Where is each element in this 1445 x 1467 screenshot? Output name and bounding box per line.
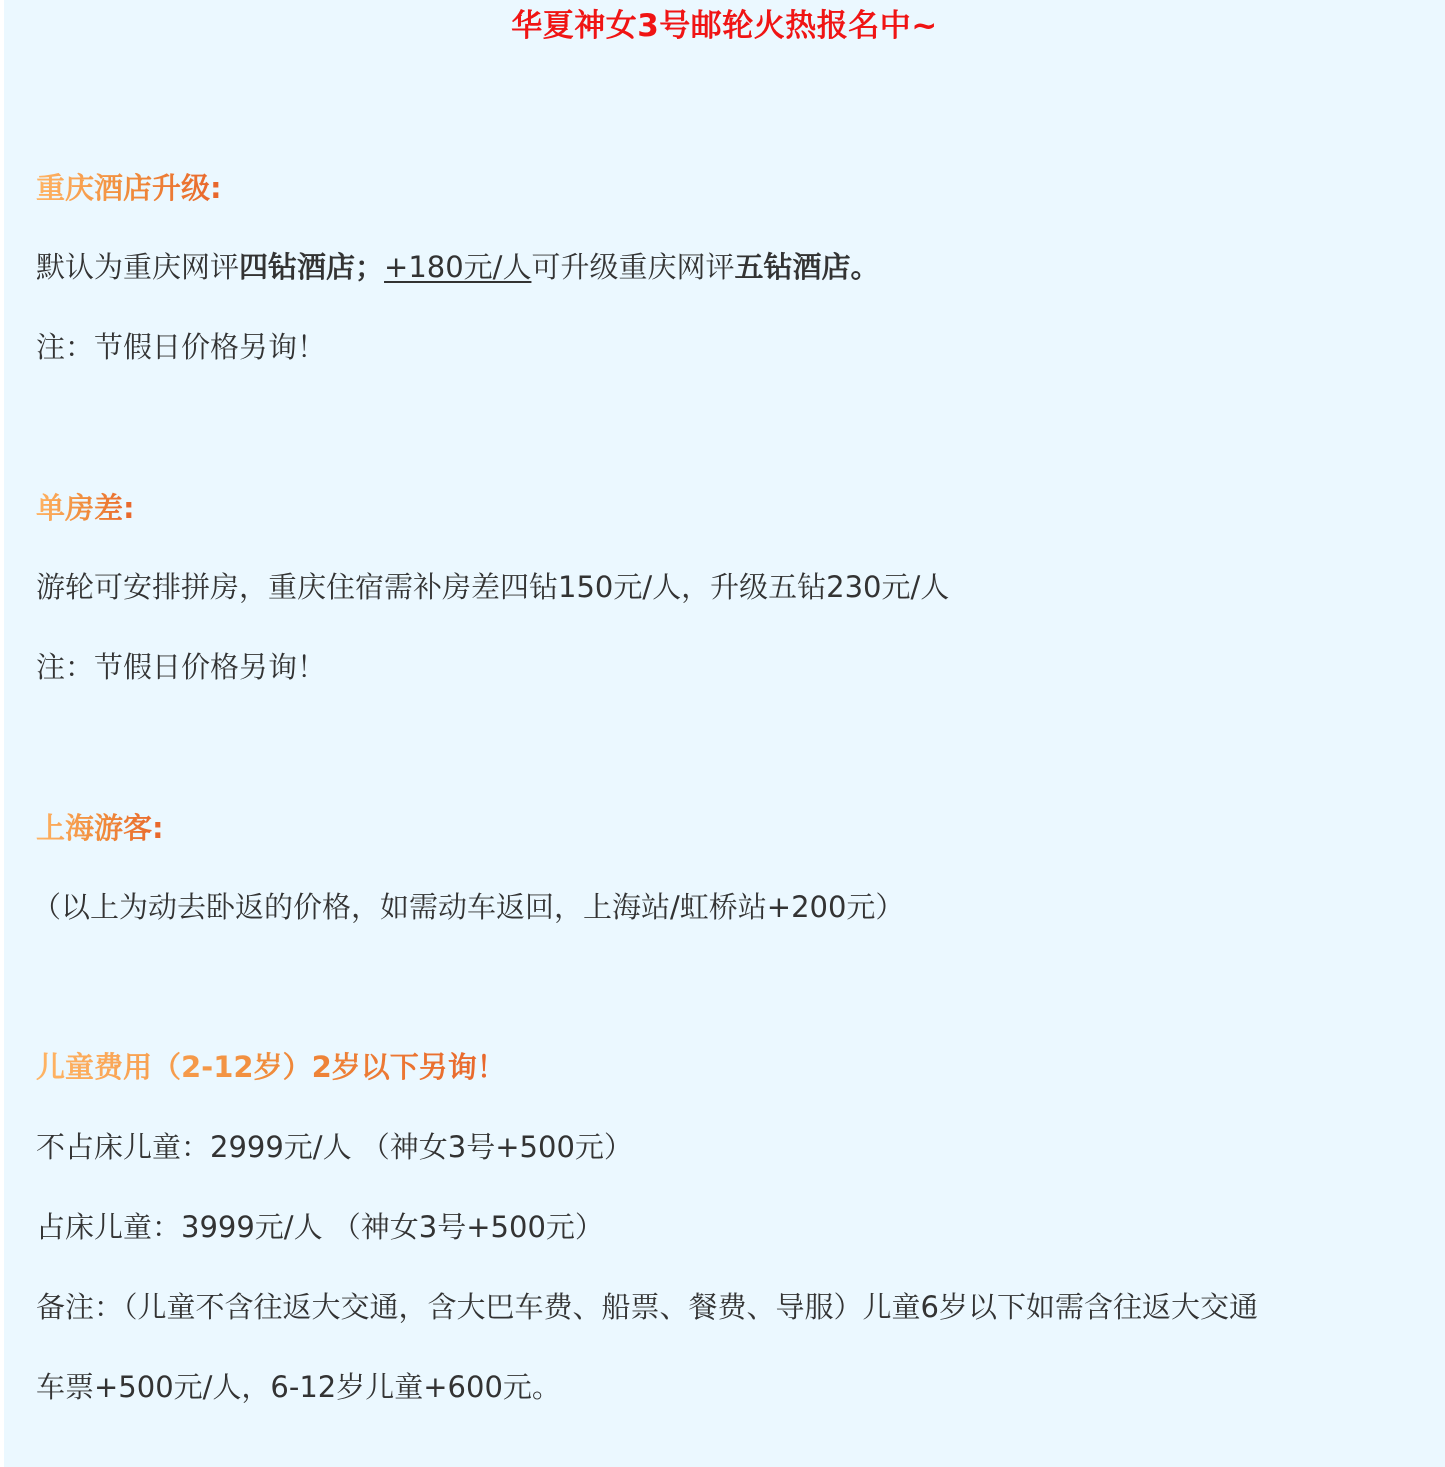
section-heading-shanghai: 上海游客: <box>36 808 164 848</box>
text-segment: 可升级重庆网评 <box>531 250 734 284</box>
section-heading-single-room: 单房差: <box>36 488 135 528</box>
holiday-price-note: 注：节假日价格另询！ <box>36 647 326 687</box>
child-no-bed-price: 不占床儿童：2999元/人 （神女3号+500元） <box>36 1127 633 1167</box>
bold-five-diamond-hotel: 五钻酒店。 <box>734 250 879 284</box>
document-page: 华夏神女3号邮轮火热报名中~ 重庆酒店升级: 默认为重庆网评四钻酒店；+180元… <box>4 0 1445 1467</box>
shanghai-description: （以上为动去卧返的价格，如需动车返回，上海站/虹桥站+200元） <box>32 887 904 927</box>
page-title: 华夏神女3号邮轮火热报名中~ <box>4 6 1445 46</box>
child-with-bed-price: 占床儿童：3999元/人 （神女3号+500元） <box>36 1207 604 1247</box>
text-segment: 默认为重庆网评 <box>36 250 239 284</box>
hotel-upgrade-description: 默认为重庆网评四钻酒店；+180元/人可升级重庆网评五钻酒店。 <box>36 247 879 287</box>
underlined-upgrade-price: +180元/人 <box>384 250 531 284</box>
section-heading-hotel-upgrade: 重庆酒店升级: <box>36 168 222 208</box>
section-heading-child-fees: 儿童费用（2-12岁）2岁以下另询！ <box>36 1047 506 1087</box>
single-room-description: 游轮可安排拼房，重庆住宿需补房差四钻150元/人，升级五钻230元/人 <box>36 567 949 607</box>
child-fee-remark-continued: 车票+500元/人，6-12岁儿童+600元。 <box>36 1367 561 1407</box>
bold-four-diamond-hotel: 四钻酒店； <box>239 250 384 284</box>
child-fee-remark: 备注：（儿童不含往返大交通，含大巴车费、船票、餐费、导服）儿童6岁以下如需含往返… <box>36 1287 1258 1327</box>
holiday-price-note: 注：节假日价格另询！ <box>36 327 326 367</box>
